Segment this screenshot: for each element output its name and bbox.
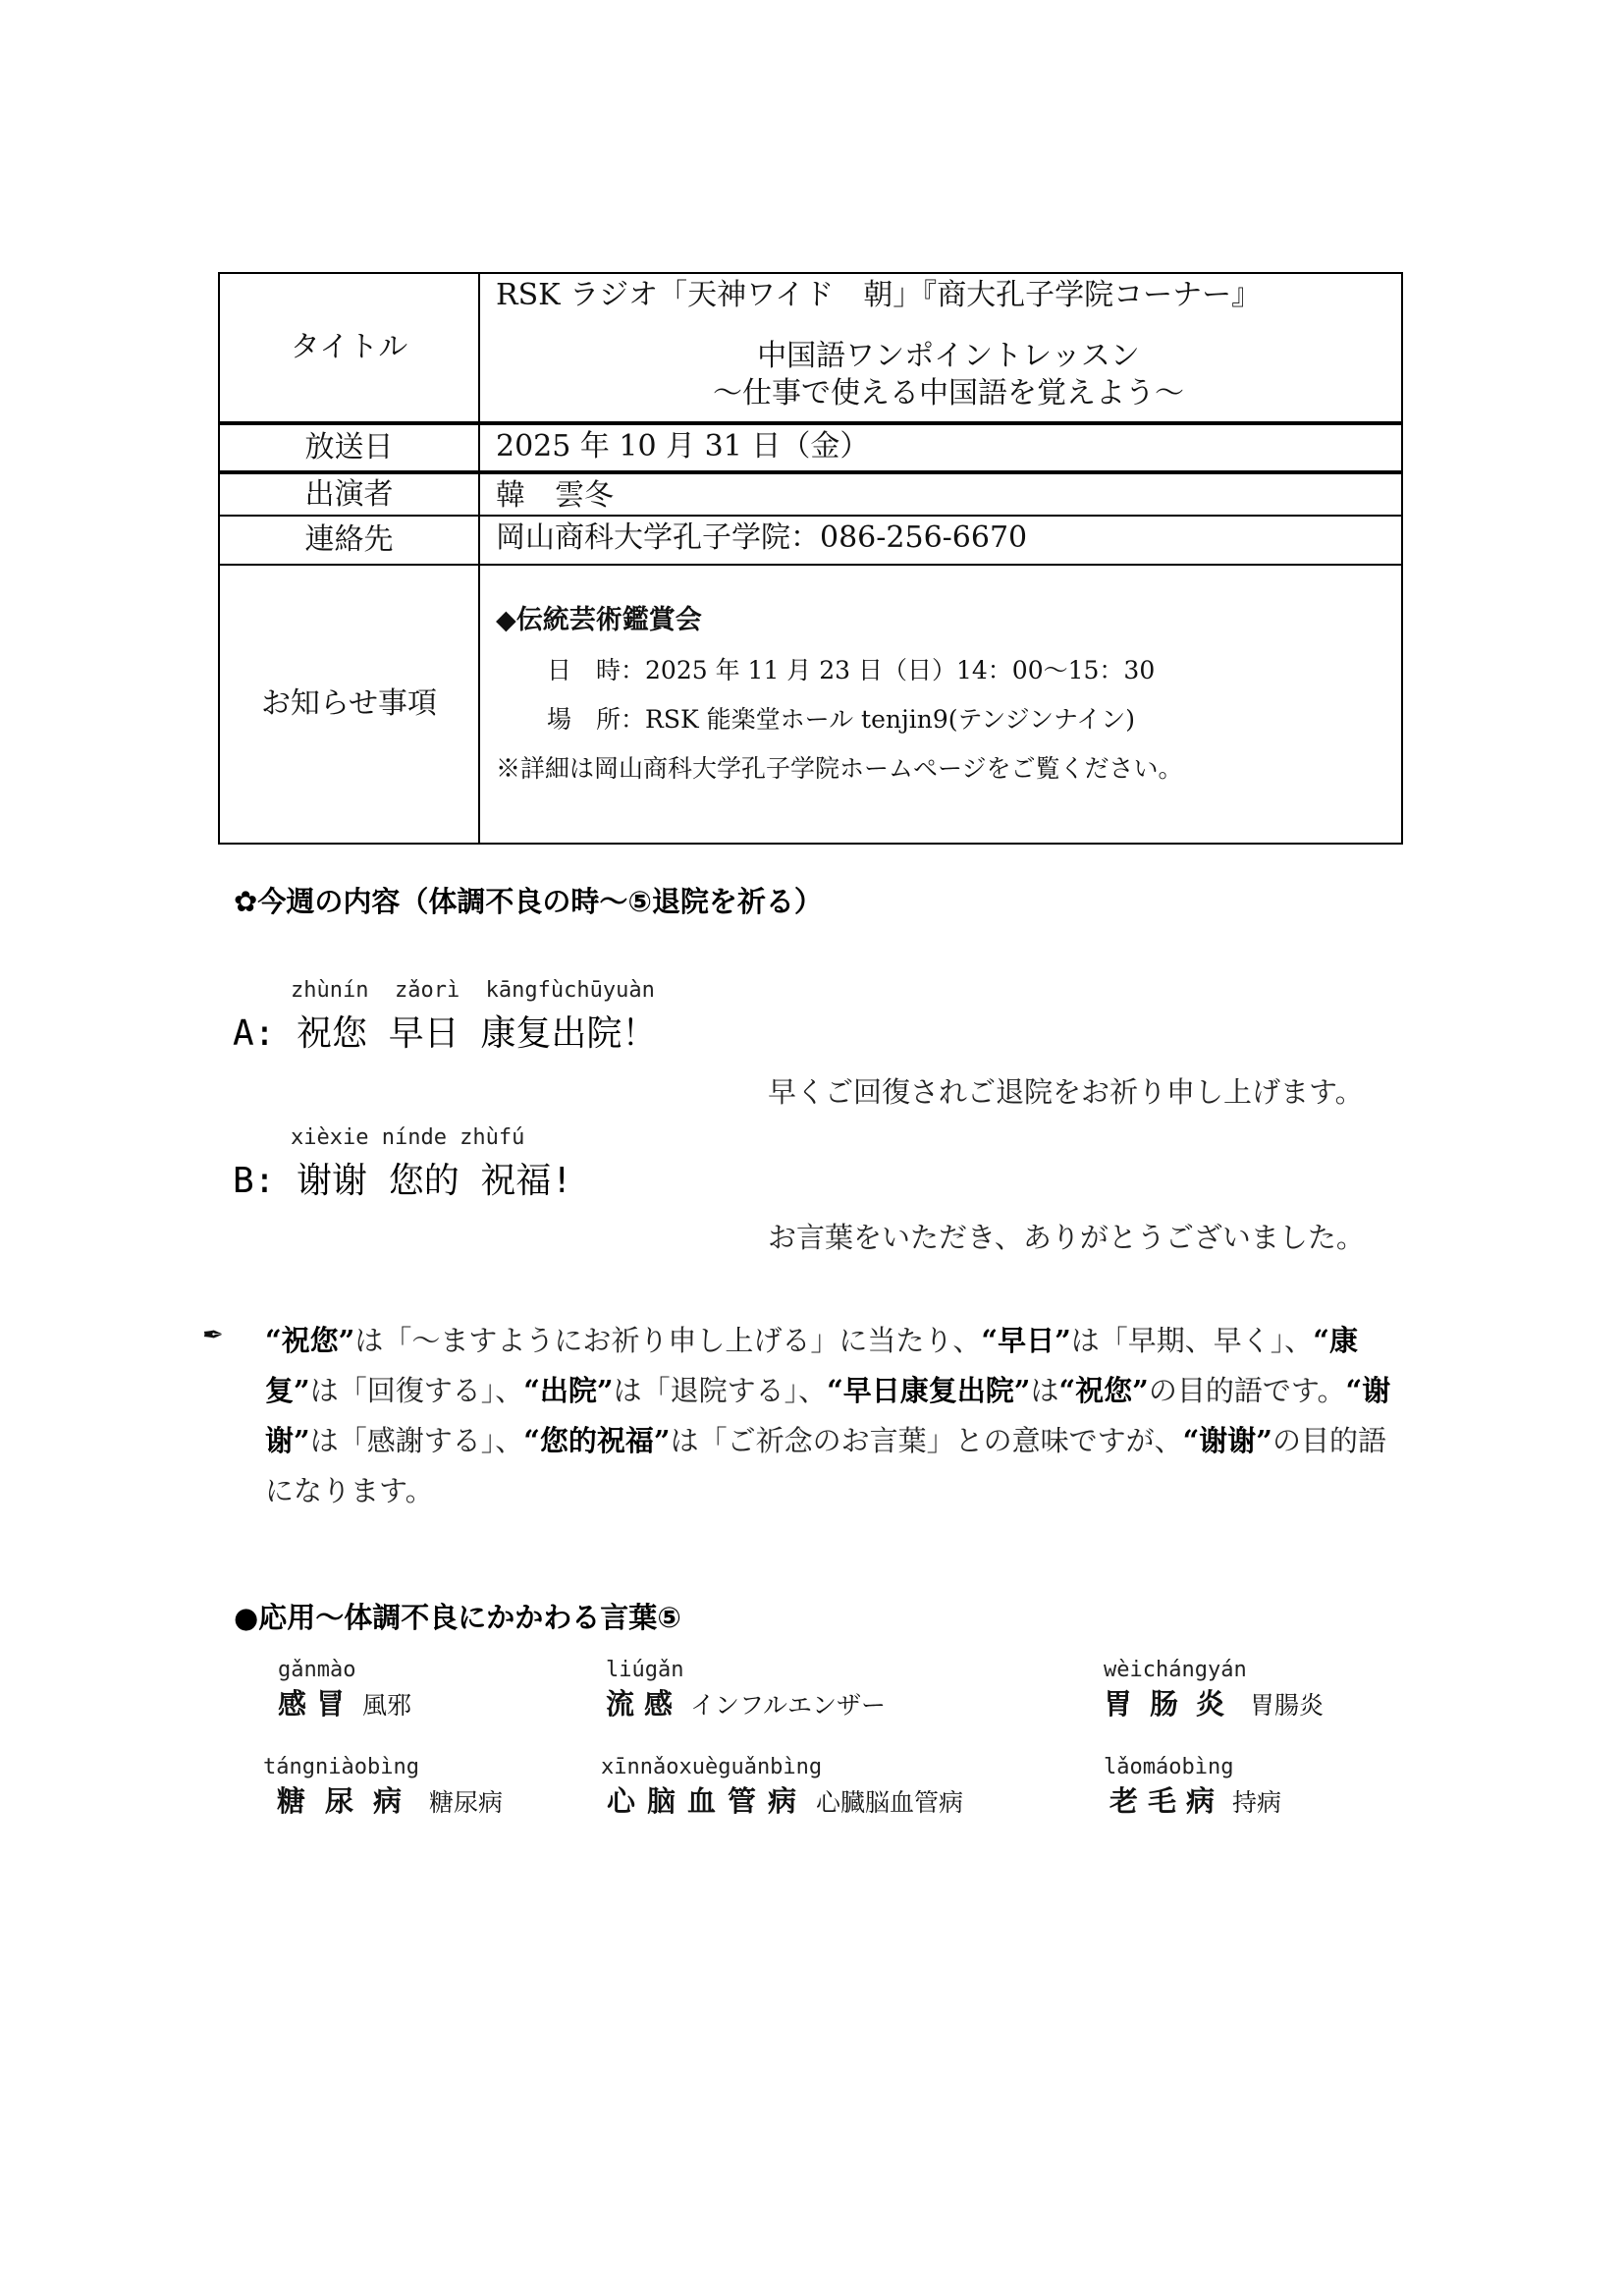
- vocab-chinese: 流感: [606, 1687, 682, 1721]
- vocab-word: 糖尿病糖尿病: [263, 1779, 503, 1820]
- dialogue-a-translation: 早くご回復されご退院をお祈り申し上げます。: [768, 1070, 1364, 1111]
- explanation-text: の目的語です。: [1149, 1374, 1346, 1407]
- dialogue-b-line: B: 谢谢 您的 祝福!: [233, 1153, 572, 1203]
- vocab-word: 感冒風邪: [278, 1682, 411, 1722]
- vocab-pinyin: wèichángyán: [1104, 1658, 1324, 1682]
- value-performer: 韓 雲冬: [479, 472, 1402, 516]
- notice-heading: ◆伝統芸術鑑賞会: [496, 605, 1401, 636]
- vocab-meaning: 糖尿病: [429, 1788, 503, 1817]
- label-broadcast-date: 放送日: [219, 423, 479, 472]
- vocab-meaning: 胃腸炎: [1250, 1691, 1324, 1720]
- vocab-word: 老毛病持病: [1104, 1779, 1281, 1820]
- lesson-heading-text: 今週の内容（体調不良の時～⑤退院を祈る）: [257, 885, 823, 918]
- table-row-notice: お知らせ事項 ◆伝統芸術鑑賞会 日 時：2025 年 11 月 23 日（日）1…: [219, 565, 1402, 844]
- dialogue-b-pinyin: xièxie nínde zhùfú: [291, 1125, 524, 1150]
- value-broadcast-date: 2025 年 10 月 31 日（金）: [479, 423, 1402, 472]
- explanation-text: は「退院する」、: [614, 1374, 828, 1407]
- dialogue-a-pinyin: zhùnín zǎorì kāngfùchūyuàn: [291, 978, 655, 1003]
- contact-info: 岡山商科大学孔子学院：086-256-6670: [496, 520, 1401, 556]
- label-contact: 連絡先: [219, 516, 479, 565]
- explanation-term: “早日”: [981, 1324, 1070, 1357]
- vocab-item: tángniàobìng 糖尿病糖尿病: [263, 1755, 503, 1820]
- vocab-item: xīnnǎoxuèguǎnbìng 心脑血管病心臓脳血管病: [601, 1755, 963, 1820]
- explanation-text: は「～ますようにお祈り申し上げる」に当たり、: [354, 1324, 981, 1357]
- dialogue-b-chinese: 谢谢 您的 祝福!: [297, 1161, 572, 1201]
- value-contact: 岡山商科大学孔子学院：086-256-6670: [479, 516, 1402, 565]
- notice-place-value: ：RSK 能楽堂ホール tenjin9(テンジンナイン): [621, 705, 1135, 734]
- table-row-title: タイトル RSK ラジオ「天神ワイド 朝」『商大孔子学院コーナー』 中国語ワンポ…: [219, 273, 1402, 423]
- explanation-text: は「ご祈念のお言葉」との意味ですが、: [671, 1424, 1183, 1457]
- performer-name: 韓 雲冬: [496, 478, 1401, 514]
- vocab-item: gǎnmào 感冒風邪: [278, 1658, 411, 1722]
- value-notice: ◆伝統芸術鑑賞会 日 時：2025 年 11 月 23 日（日）14：00～15…: [479, 565, 1402, 844]
- application-heading: ●応用～体調不良にかかわる言葉⑤: [234, 1596, 681, 1636]
- explanation-term: “祝您”: [265, 1324, 354, 1357]
- vocab-chinese: 心脑血管病: [607, 1784, 808, 1818]
- vocab-meaning: 風邪: [362, 1691, 411, 1720]
- table-row-broadcast-date: 放送日 2025 年 10 月 31 日（金）: [219, 423, 1402, 472]
- vocab-meaning: インフルエンザー: [690, 1691, 886, 1720]
- vocab-chinese: 感冒: [278, 1687, 354, 1721]
- dialogue-a-line: A: 祝您 早日 康复出院！: [233, 1006, 657, 1056]
- vocab-chinese: 胃肠炎: [1104, 1687, 1242, 1721]
- explanation-term: “您的祝福”: [523, 1424, 670, 1457]
- vocab-chinese: 糖尿病: [277, 1784, 421, 1818]
- table-row-contact: 連絡先 岡山商科大学孔子学院：086-256-6670: [219, 516, 1402, 565]
- notice-place: 場 所：RSK 能楽堂ホール tenjin9(テンジンナイン): [496, 705, 1401, 735]
- notice-note: ※詳細は岡山商科大学孔子学院ホームページをご覧ください。: [496, 754, 1401, 784]
- explanation-text: は: [1030, 1374, 1058, 1407]
- vocab-pinyin: liúgǎn: [606, 1658, 886, 1682]
- value-title: RSK ラジオ「天神ワイド 朝」『商大孔子学院コーナー』 中国語ワンポイントレッ…: [479, 273, 1402, 423]
- vocab-word: 心脑血管病心臓脳血管病: [601, 1779, 963, 1820]
- explanation-term: “早日康复出院”: [827, 1374, 1030, 1407]
- notice-date-value: ：2025 年 11 月 23 日（日）14：00～15：30: [621, 656, 1155, 684]
- speaker-a: A:: [233, 1013, 275, 1054]
- vocab-item: liúgǎn 流感インフルエンザー: [606, 1658, 886, 1722]
- vocab-meaning: 心臓脳血管病: [816, 1788, 963, 1817]
- lesson-subtitle: ～仕事で使える中国語を覚えよう～: [496, 376, 1401, 411]
- explanation-text: は「感謝する」、: [310, 1424, 524, 1457]
- vocab-word: 流感インフルエンザー: [606, 1682, 886, 1722]
- explanation-term: “祝您”: [1058, 1374, 1148, 1407]
- notice-date-label: 日 時: [547, 656, 621, 684]
- label-title: タイトル: [219, 273, 479, 423]
- dialogue-a-chinese: 祝您 早日 康复出院！: [297, 1013, 657, 1054]
- lesson-title: 中国語ワンポイントレッスン: [496, 339, 1401, 374]
- label-notice: お知らせ事項: [219, 565, 479, 844]
- vocab-meaning: 持病: [1232, 1788, 1281, 1817]
- vocab-pinyin: lǎomáobìng: [1104, 1755, 1281, 1779]
- vocab-item: wèichángyán 胃肠炎胃腸炎: [1104, 1658, 1324, 1722]
- explanation-text: は「早期、早く」、: [1071, 1324, 1314, 1357]
- explanation-paragraph: “祝您”は「～ますようにお祈り申し上げる」に当たり、“早日”は「早期、早く」、“…: [265, 1316, 1404, 1516]
- notice-place-label: 場 所: [547, 705, 621, 734]
- info-table: タイトル RSK ラジオ「天神ワイド 朝」『商大孔子学院コーナー』 中国語ワンポ…: [218, 272, 1403, 845]
- vocab-pinyin: gǎnmào: [278, 1658, 411, 1682]
- speaker-b: B:: [233, 1161, 275, 1201]
- flower-icon: ✿: [234, 885, 257, 918]
- notice-date: 日 時：2025 年 11 月 23 日（日）14：00～15：30: [496, 656, 1401, 685]
- vocab-item: lǎomáobìng 老毛病持病: [1104, 1755, 1281, 1820]
- lesson-heading: ✿今週の内容（体調不良の時～⑤退院を祈る）: [234, 880, 823, 920]
- vocab-word: 胃肠炎胃腸炎: [1104, 1682, 1324, 1722]
- pen-nib-icon: ✒: [202, 1321, 224, 1350]
- label-performer: 出演者: [219, 472, 479, 516]
- vocab-pinyin: tángniàobìng: [263, 1755, 503, 1779]
- explanation-text: は「回復する」、: [310, 1374, 524, 1407]
- table-row-performer: 出演者 韓 雲冬: [219, 472, 1402, 516]
- vocab-chinese: 老毛病: [1109, 1784, 1224, 1818]
- program-name: RSK ラジオ「天神ワイド 朝」『商大孔子学院コーナー』: [496, 278, 1401, 313]
- vocab-pinyin: xīnnǎoxuèguǎnbìng: [601, 1755, 963, 1779]
- broadcast-date: 2025 年 10 月 31 日（金）: [496, 429, 1401, 465]
- explanation-term: “谢谢”: [1183, 1424, 1272, 1457]
- explanation-term: “出院”: [523, 1374, 613, 1407]
- dialogue-b-translation: お言葉をいただき、ありがとうございました。: [768, 1216, 1365, 1256]
